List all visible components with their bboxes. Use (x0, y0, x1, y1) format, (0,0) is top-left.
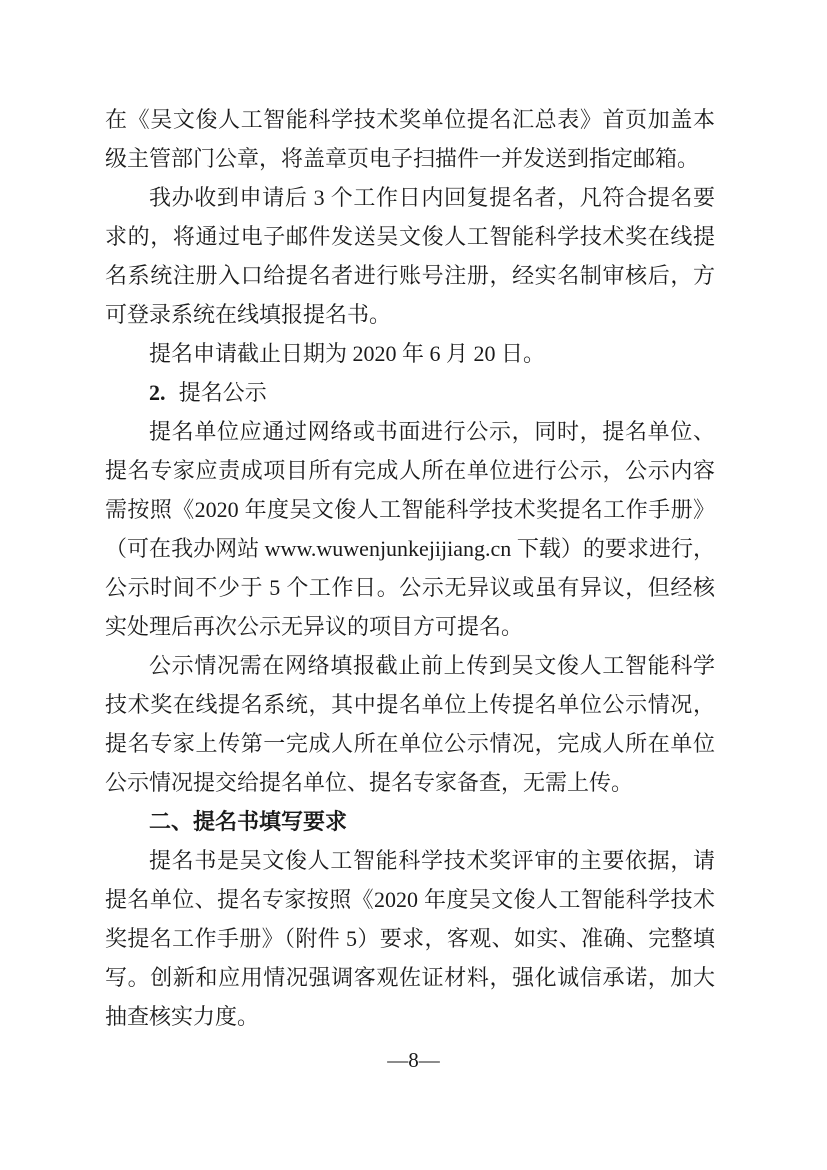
document-page: 在《吴文俊人工智能科学技术奖单位提名汇总表》首页加盖本级主管部门公章，将盖章页电… (0, 0, 827, 1170)
paragraph-reply-process: 我办收到申请后 3 个工作日内回复提名者，凡符合提名要求的，将通过电子邮件发送吴… (105, 178, 715, 334)
heading-nomination-publicity-number: 2. (149, 380, 166, 405)
document-body: 在《吴文俊人工智能科学技术奖单位提名汇总表》首页加盖本级主管部门公章，将盖章页电… (105, 100, 715, 1036)
paragraph-continuation: 在《吴文俊人工智能科学技术奖单位提名汇总表》首页加盖本级主管部门公章，将盖章页电… (105, 100, 715, 178)
paragraph-deadline: 提名申请截止日期为 2020 年 6 月 20 日。 (105, 334, 715, 373)
paragraph-publicity-upload: 公示情况需在网络填报截止前上传到吴文俊人工智能科学技术奖在线提名系统，其中提名单… (105, 646, 715, 802)
heading-nomination-publicity: 2.提名公示 (105, 373, 715, 412)
page-number: —8— (0, 1048, 827, 1073)
paragraph-publicity-requirements: 提名单位应通过网络或书面进行公示，同时，提名单位、提名专家应责成项目所有完成人所… (105, 412, 715, 646)
heading-nomination-publicity-title: 提名公示 (179, 380, 267, 405)
heading-part2: 二、提名书填写要求 (105, 802, 715, 841)
paragraph-form-requirements: 提名书是吴文俊人工智能科学技术奖评审的主要依据，请提名单位、提名专家按照《202… (105, 841, 715, 1036)
